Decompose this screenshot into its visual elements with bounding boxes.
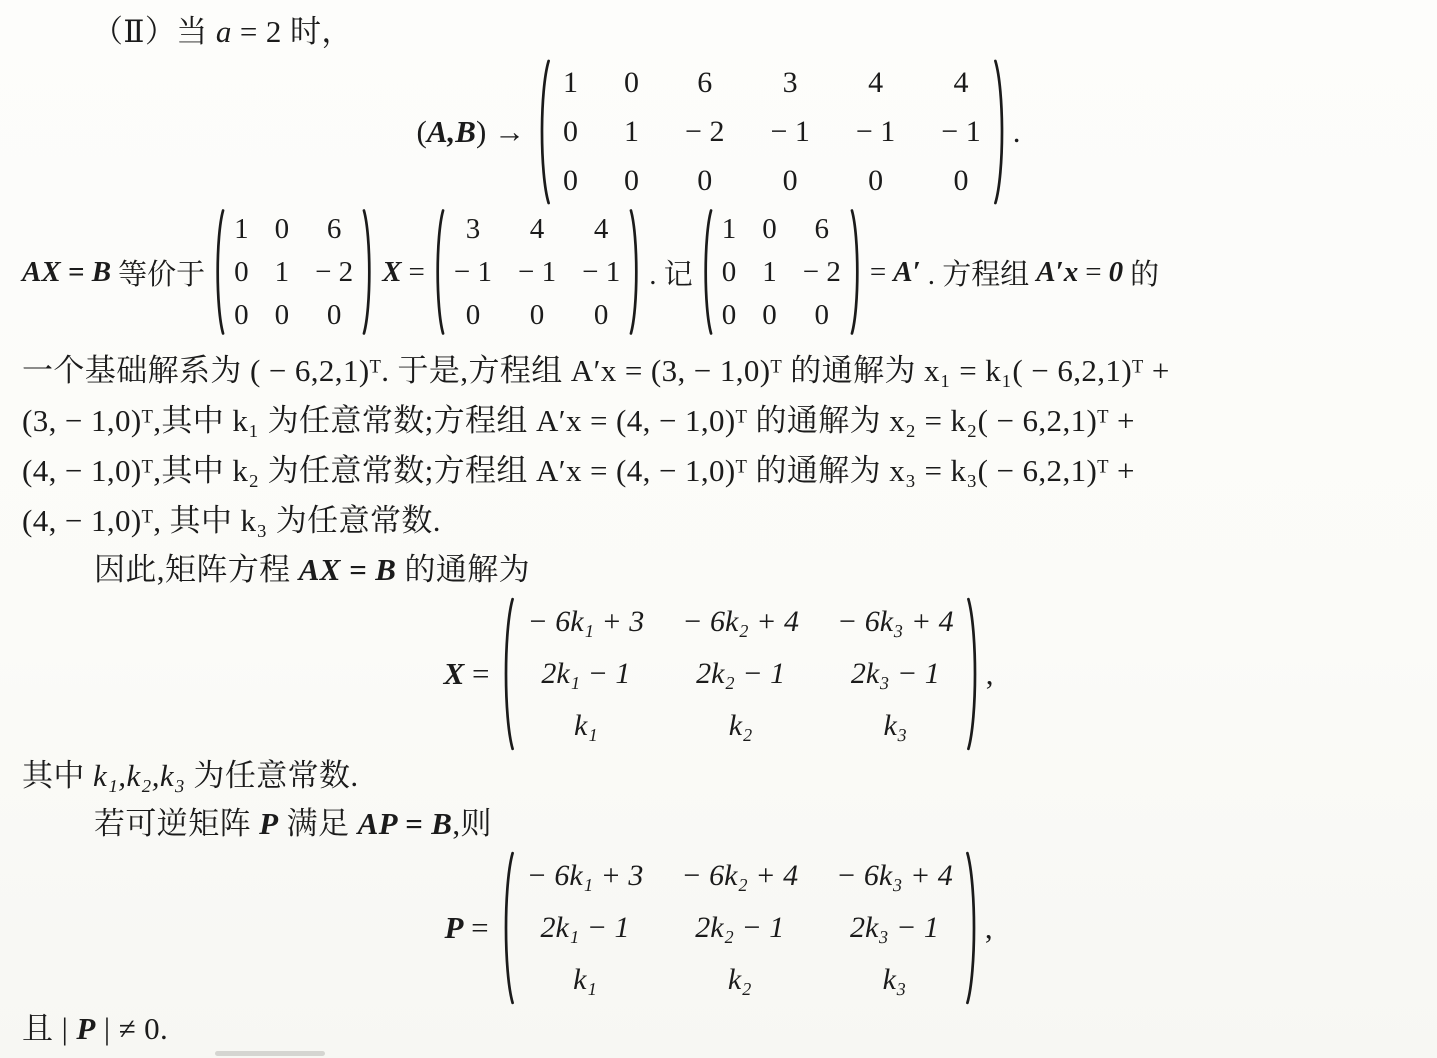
coefficient-matrix: 1 0 6 0 1 − 2 0 0 0 [212,208,375,336]
general-solution-matrix-P: − 6k₁ + 3 − 6k₂ + 4 − 6k₃ + 4 2k₁ − 1 2k… [499,850,981,1006]
matrix-cell: 4 [530,210,545,248]
therefore-text: 因此,矩阵方程 [94,552,299,587]
case-ii-heading: （Ⅱ）当 a = 2 时， [22,0,1415,54]
close-paren: ) [476,114,494,149]
matrix-cell: − 1 [582,253,620,291]
matrix-cell: k₁ [574,704,598,748]
matrix-cell: 6 [697,62,712,104]
zero-vector: 0 [1109,256,1124,289]
matrix-cell: 4 [594,210,609,248]
matrix-cell: 2k₂ − 1 [696,652,785,696]
matrix-cell: 6 [815,210,830,248]
matrix-cell: 2k₂ − 1 [695,906,784,950]
matrix-cell: − 6k₂ + 4 [681,854,798,898]
equals-sign: = [464,656,489,691]
right-paren-icon [629,208,642,336]
matrix-cell: k₃ [883,704,907,748]
right-paren-icon [966,596,982,752]
a-prime-matrix: 1 0 6 0 1 − 2 0 0 0 [700,208,863,336]
left-paren-icon [499,596,515,752]
abs-bar: | [96,1011,119,1046]
var-P: P [76,1011,95,1046]
var-A-prime: A′ [893,256,921,289]
matrix-cell: 2k₁ − 1 [541,652,630,696]
matrix-cell: − 6k₁ + 3 [527,854,644,898]
matrix-cell: 0 [722,253,737,291]
period: . [1013,114,1021,150]
left-paren-icon [212,208,225,336]
matrix-cell: − 2 [315,253,353,291]
right-paren-icon [850,208,863,336]
matrix-cell: 0 [624,160,639,202]
display-eq-P: P = − 6k₁ + 3 − 6k₂ + 4 − 6k₃ + 4 2k₁ − … [22,850,1415,1006]
arbitrary-constants-text: 为任意常数. [185,758,358,793]
matrix-cell: − 6k₃ + 4 [836,854,953,898]
matrix-cell: k₂ [729,704,753,748]
left-paren-icon [499,850,515,1006]
matrix-cell: 1 [624,111,639,153]
matrix-cells: − 6k₁ + 3 − 6k₂ + 4 − 6k₃ + 4 2k₁ − 1 2k… [515,596,965,752]
matrix-cell: 0 [697,160,712,202]
matrix-cell: − 1 [856,111,895,153]
denote-text: . 记 [649,252,693,293]
augmented-matrix: 1 0 6 3 4 4 0 1 − 2 − 1 − 1 − 1 0 0 0 0 … [535,58,1009,206]
open-paren: ( [417,114,427,149]
matrix-cell: 0 [275,210,290,248]
matrix-cell: 0 [762,296,777,334]
matrix-cell: 3 [783,62,798,104]
matrix-cell: − 2 [685,111,724,153]
matrix-cells: 3 4 4 − 1 − 1 − 1 0 0 0 [445,208,629,336]
matrix-cell: 0 [563,160,578,202]
matrix-cell: 0 [722,296,737,334]
matrix-cell: 1 [722,210,737,248]
vars-AB: A,B [427,114,476,149]
left-paren-icon [535,58,551,206]
comma: , [986,656,994,692]
eq-lhs: (A,B) → [417,114,526,150]
matrix-cell: k₃ [883,958,907,1002]
then-text: ,则 [452,806,492,841]
invertible-P-line: 若可逆矩阵 P 满足 AP = B,则 [22,800,1415,848]
particle-text: 的 [1130,252,1159,293]
paragraph-line: 一个基础解系为 ( − 6,2,1)ᵀ. 于是,方程组 A′x = (3, − … [22,346,1415,396]
system-text: . 方程组 [928,252,1030,293]
matrix-cell: 0 [530,296,545,334]
eq-AX-B: AX = B [22,256,111,289]
paragraph-line: (4, − 1,0)ᵀ, 其中 k₃ 为任意常数. [22,496,1415,546]
matrix-cell: k₂ [728,958,752,1002]
matrix-cell: 0 [783,160,798,202]
therefore-line: 因此,矩阵方程 AX = B 的通解为 [22,546,1415,594]
matrix-cell: 0 [594,296,609,334]
matrix-cells: − 6k₁ + 3 − 6k₂ + 4 − 6k₃ + 4 2k₁ − 1 2k… [515,850,965,1006]
matrix-cell: 0 [234,296,249,334]
satisfies-text: 满足 [279,806,358,841]
var-X: X [382,256,401,289]
var-X: X [444,656,465,691]
matrix-cell: 4 [954,62,969,104]
cutoff-next-line-artifact [215,1051,325,1056]
matrix-cell: 1 [762,253,777,291]
matrix-cell: − 1 [941,111,980,153]
matrix-cell: 0 [868,160,883,202]
var-P: P [444,910,463,945]
determinant-nonzero-line: 且 | P | ≠ 0. [22,1006,1415,1052]
matrix-cell: − 1 [518,253,556,291]
left-paren-icon [700,208,713,336]
matrix-cell: 0 [762,210,777,248]
matrix-cell: − 6k₃ + 4 [837,600,954,644]
comma: , [985,910,993,946]
abs-bar: | [62,1011,77,1046]
where-text: 其中 [22,758,93,793]
display-eq-augmented: (A,B) → 1 0 6 3 4 4 0 1 − 2 − 1 − 1 − 1 … [22,58,1415,206]
matrix-cell: 0 [466,296,481,334]
var-a: a [216,14,232,49]
equals-sign: = [409,256,425,289]
solution-paragraph: 一个基础解系为 ( − 6,2,1)ᵀ. 于是,方程组 A′x = (3, − … [22,346,1415,546]
equals-sign: = [1085,256,1101,289]
matrix-cell: 0 [234,253,249,291]
matrix-cells: 1 0 6 3 4 4 0 1 − 2 − 1 − 1 − 1 0 0 0 0 … [551,58,993,206]
matrix-cell: 0 [327,296,342,334]
equiv-text: 等价于 [118,252,205,293]
matrix-cell: 1 [275,253,290,291]
matrix-cell: 2k₃ − 1 [851,652,940,696]
if-invertible-text: 若可逆矩阵 [94,806,259,841]
var-P: P [259,806,278,841]
nonzero-text: ≠ 0. [119,1011,169,1046]
eq-AP-B: AP = B [358,806,453,841]
matrix-cell: 0 [275,296,290,334]
matrix-cell: 0 [563,111,578,153]
matrix-cell: 4 [868,62,883,104]
equivalence-line: AX = B 等价于 1 0 6 0 1 − 2 0 0 0 X = 3 4 [22,208,1415,336]
eq-AX-B: AX = B [299,552,397,587]
matrix-cell: − 1 [770,111,809,153]
scanned-solution-page: （Ⅱ）当 a = 2 时， (A,B) → 1 0 6 3 4 4 0 1 − … [0,0,1437,1058]
right-paren-icon [993,58,1009,206]
rhs-matrix: 3 4 4 − 1 − 1 − 1 0 0 0 [432,208,642,336]
and-text: 且 [22,1011,62,1046]
matrix-cell: 0 [815,296,830,334]
matrix-cell: 1 [563,62,578,104]
paragraph-line: (4, − 1,0)ᵀ,其中 k₂ 为任意常数;方程组 A′x = (4, − … [22,446,1415,496]
eq-lhs: X = [444,656,490,692]
vars-k123: k₁,k₂,k₃ [93,758,185,793]
var-A-prime-x: A′x [1036,256,1078,289]
matrix-cell: k₁ [573,958,597,1002]
matrix-cell: 2k₃ − 1 [850,906,939,950]
matrix-cell: − 1 [454,253,492,291]
matrix-cell: − 2 [803,253,841,291]
eq-lhs: P = [444,910,488,946]
left-paren-icon [432,208,445,336]
matrix-cell: 0 [624,62,639,104]
matrix-cells: 1 0 6 0 1 − 2 0 0 0 [713,208,850,336]
paragraph-line: (3, − 1,0)ᵀ,其中 k₁ 为任意常数;方程组 A′x = (4, − … [22,396,1415,446]
equals-sign: = [870,256,886,289]
general-solution-text: 的通解为 [396,552,530,587]
matrix-cell: 1 [234,210,249,248]
matrix-cell: 2k₁ − 1 [540,906,629,950]
display-eq-X: X = − 6k₁ + 3 − 6k₂ + 4 − 6k₃ + 4 2k₁ − … [22,596,1415,752]
right-paren-icon [362,208,375,336]
case-condition: = 2 时， [232,14,353,49]
right-paren-icon [965,850,981,1006]
matrix-cell: 6 [327,210,342,248]
matrix-cells: 1 0 6 0 1 − 2 0 0 0 [225,208,362,336]
matrix-cell: 0 [954,160,969,202]
equals-sign: = [463,910,488,945]
constants-note-line: 其中 k₁,k₂,k₃ 为任意常数. [22,752,1415,800]
matrix-cell: − 6k₂ + 4 [682,600,799,644]
general-solution-matrix-X: − 6k₁ + 3 − 6k₂ + 4 − 6k₃ + 4 2k₁ − 1 2k… [499,596,981,752]
arrow-icon: → [494,114,525,149]
matrix-cell: − 6k₁ + 3 [527,600,644,644]
matrix-cell: 3 [466,210,481,248]
case-label: （Ⅱ）当 [92,14,216,49]
